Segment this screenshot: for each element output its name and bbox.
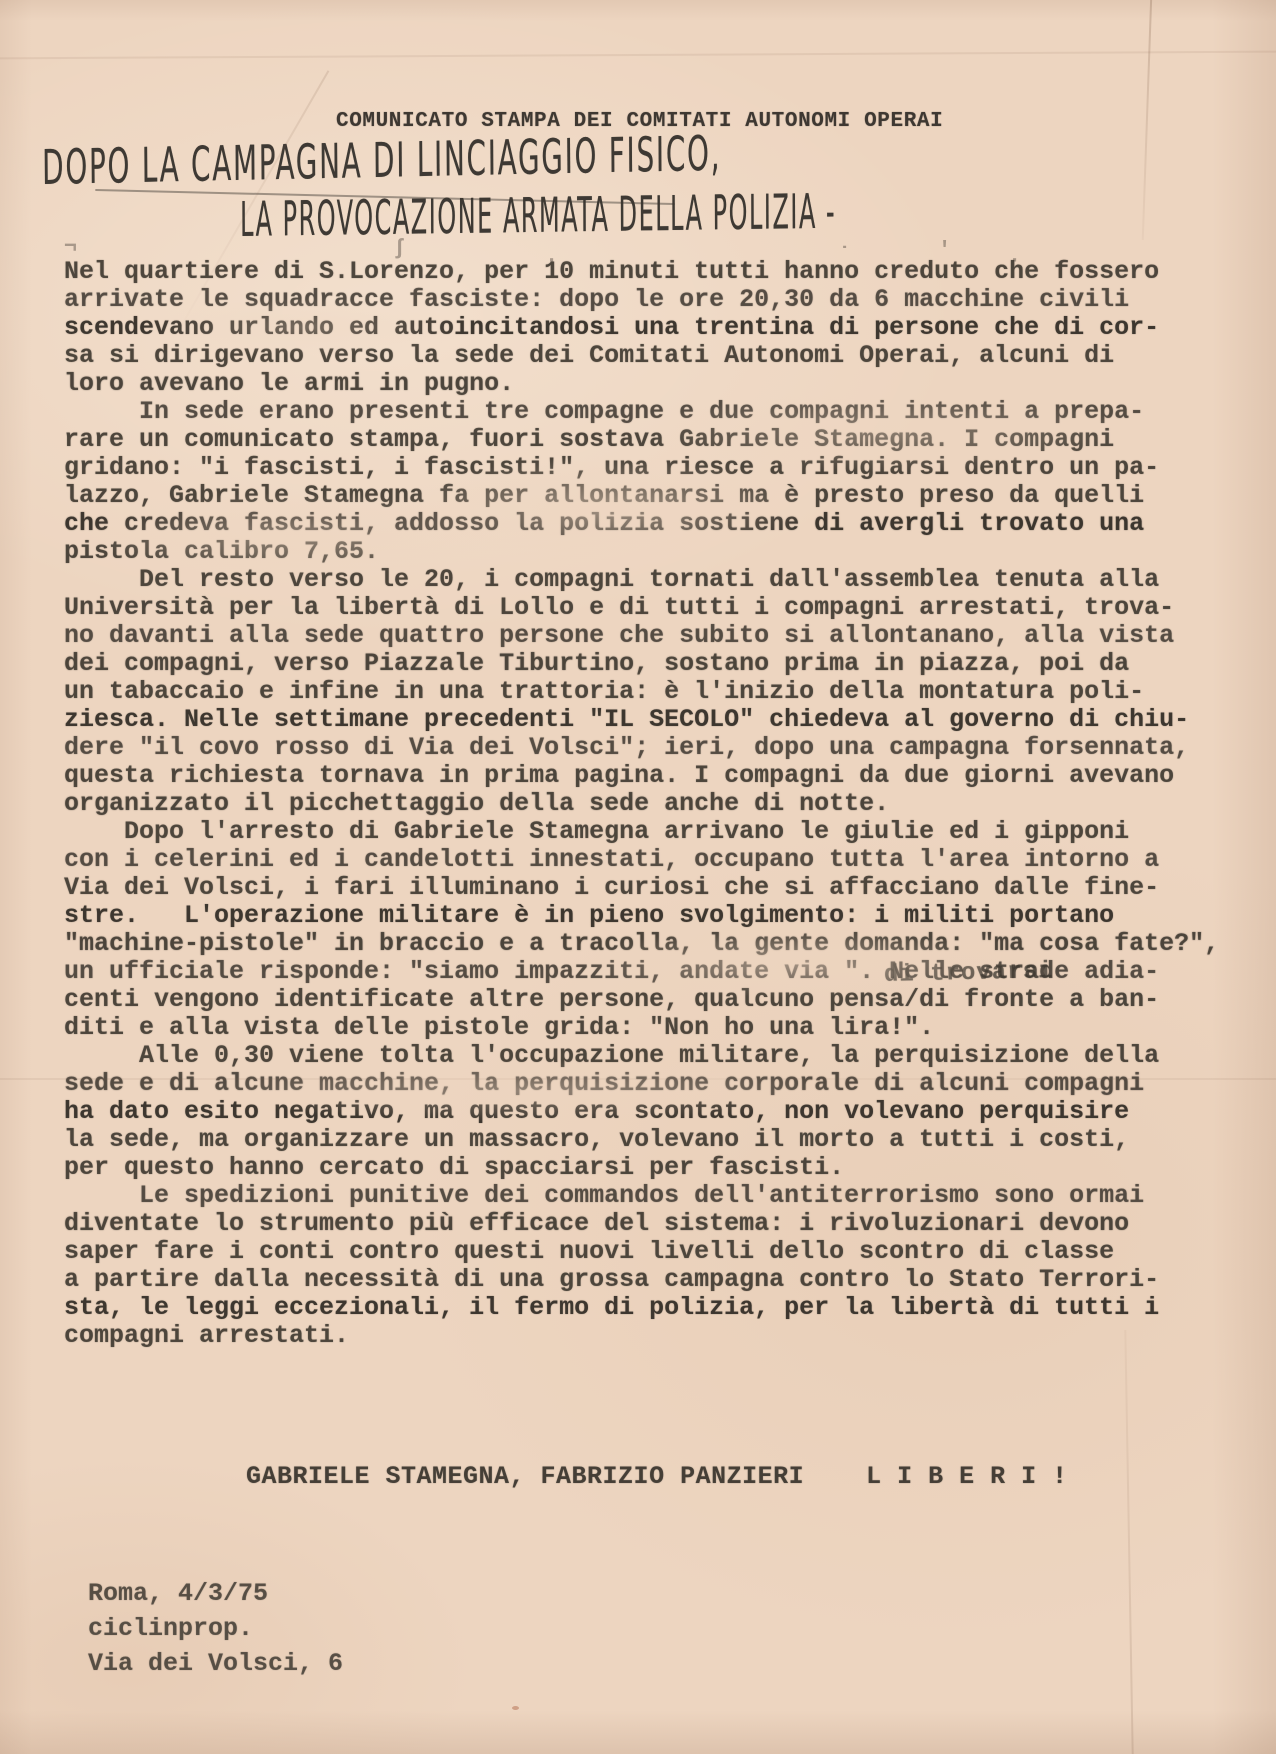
- body-line: lazzo, Gabriele Stamegna fa per allontan…: [64, 482, 1219, 510]
- body-line: centi vengono identificate altre persone…: [64, 986, 1219, 1014]
- body-line: dere "il covo rosso di Via dei Volsci"; …: [64, 734, 1219, 762]
- body-line: stre. L'operazione militare è in pieno s…: [64, 902, 1219, 930]
- body-line: sta, le leggi eccezionali, il fermo di p…: [64, 1294, 1219, 1322]
- body-line: arrivate le squadracce fasciste: dopo le…: [64, 286, 1219, 314]
- interline-insertion: di trovarsi: [884, 958, 1054, 989]
- handwritten-title-line1: DOPO LA CAMPAGNA DI LINCIAGGIO FISICO,: [42, 126, 721, 196]
- body-line: scendevano urlando ed autoincitandosi un…: [64, 314, 1219, 342]
- body-line: sa si dirigevano verso la sede dei Comit…: [64, 342, 1219, 370]
- handwritten-title-line2: LA PROVOCAZIONE ARMATA DELLA POLIZIA -: [240, 184, 836, 248]
- body-line: Nel quartiere di S.Lorenzo, per 10 minut…: [64, 258, 1219, 286]
- body-line: loro avevano le armi in pugno.: [64, 370, 1219, 398]
- body-line: organizzato il picchettaggio della sede …: [64, 790, 1219, 818]
- body-line: Dopo l'arresto di Gabriele Stamegna arri…: [64, 818, 1219, 846]
- body-line: questa richiesta tornava in prima pagina…: [64, 762, 1219, 790]
- footer-block: Roma, 4/3/75ciclinprop.Via dei Volsci, 6: [88, 1576, 343, 1681]
- paper-crease: [1142, 0, 1153, 240]
- body-line: ha dato esito negativo, ma questo era sc…: [64, 1098, 1219, 1126]
- body-line: gridano: "i fascisti, i fascisti!", una …: [64, 454, 1219, 482]
- body-line: "machine-pistole" in braccio e a tracoll…: [64, 930, 1219, 958]
- body-line: saper fare i conti contro questi nuovi l…: [64, 1238, 1219, 1266]
- body-line: Le spedizioni punitive dei commandos del…: [64, 1182, 1219, 1210]
- body-line: In sede erano presenti tre compagne e du…: [64, 398, 1219, 426]
- body-line: no davanti alla sede quattro persone che…: [64, 622, 1219, 650]
- body-line: per questo hanno cercato di spacciarsi p…: [64, 1154, 1219, 1182]
- body-line: la sede, ma organizzare un massacro, vol…: [64, 1126, 1219, 1154]
- body-line: compagni arrestati.: [64, 1322, 1219, 1350]
- body-line: che credeva fascisti, addosso la polizia…: [64, 510, 1219, 538]
- paper-speck: [512, 1706, 519, 1710]
- body-line: a partire dalla necessità di una grossa …: [64, 1266, 1219, 1294]
- body-line: diti e alla vista delle pistole grida: "…: [64, 1014, 1219, 1042]
- footer-line: ciclinprop.: [88, 1611, 343, 1646]
- body-line: Università per la libertà di Lollo e di …: [64, 594, 1219, 622]
- body-line: con i celerini ed i candelotti innestati…: [64, 846, 1219, 874]
- typewriter-artifact: ¬: [64, 234, 77, 259]
- footer-line: Roma, 4/3/75: [88, 1576, 343, 1611]
- paper-crease: [1124, 1330, 1133, 1754]
- signature-line: GABRIELE STAMEGNA, FABRIZIO PANZIERI L I…: [246, 1462, 1068, 1491]
- body-line: ziesca. Nelle settimane precedenti "IL S…: [64, 706, 1219, 734]
- body-line: pistola calibro 7,65.: [64, 538, 1219, 566]
- body-line: Del resto verso le 20, i compagni tornat…: [64, 566, 1219, 594]
- body-text: Nel quartiere di S.Lorenzo, per 10 minut…: [64, 258, 1219, 1350]
- paper-crease: [0, 51, 1276, 60]
- body-line: Alle 0,30 viene tolta l'occupazione mili…: [64, 1042, 1219, 1070]
- footer-line: Via dei Volsci, 6: [88, 1646, 343, 1681]
- body-line: dei compagni, verso Piazzale Tiburtino, …: [64, 650, 1219, 678]
- body-line: rare un comunicato stampa, fuori sostava…: [64, 426, 1219, 454]
- body-line: sede e di alcune macchine, la perquisizi…: [64, 1070, 1219, 1098]
- body-line: Via dei Volsci, i fari illuminano i curi…: [64, 874, 1219, 902]
- body-line: diventate lo strumento più efficace del …: [64, 1210, 1219, 1238]
- scanned-document-page: COMUNICATO STAMPA DEI COMITATI AUTONOMI …: [0, 0, 1276, 1754]
- body-line: un tabaccaio e infine in una trattoria: …: [64, 678, 1219, 706]
